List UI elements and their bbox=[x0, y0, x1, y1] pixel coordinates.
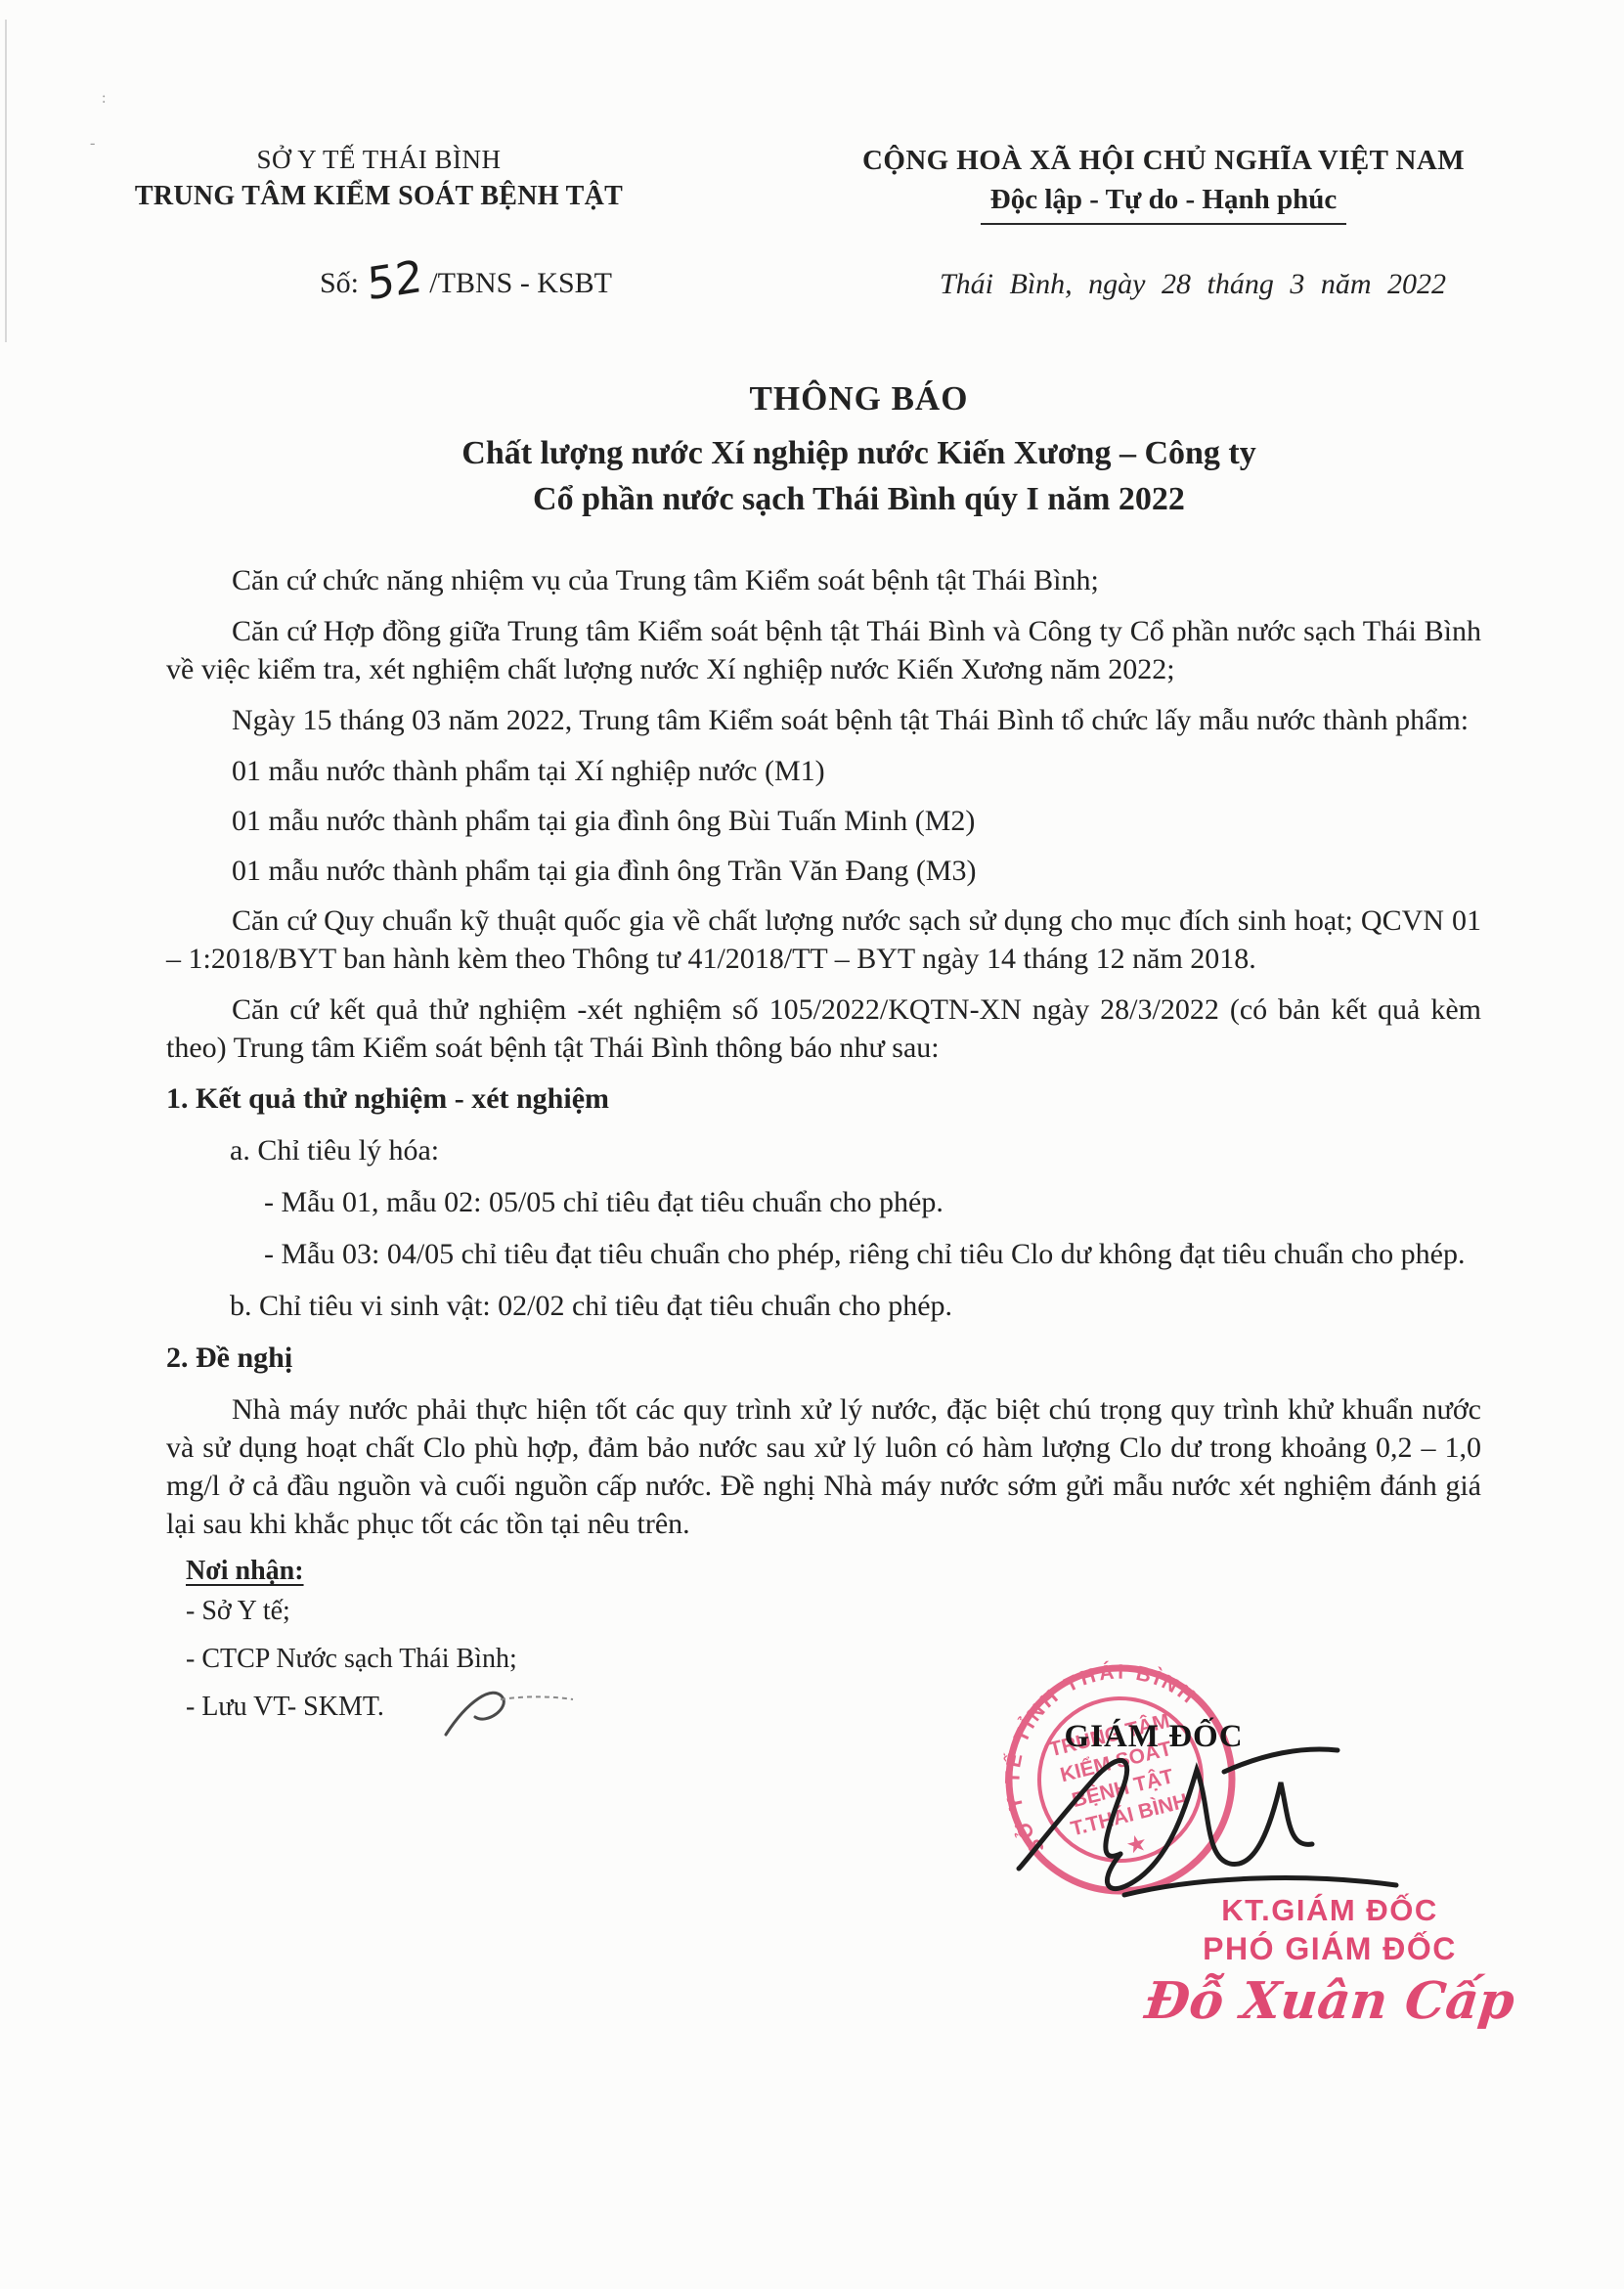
document-page: SỞ Y TẾ THÁI BÌNH TRUNG TÂM KIỂM SOÁT BỆ… bbox=[0, 0, 1624, 2289]
scan-speck: : bbox=[102, 90, 106, 108]
doc-number-label: Số: bbox=[320, 267, 359, 299]
national-motto: Độc lập - Tự do - Hạnh phúc bbox=[812, 184, 1515, 225]
scan-edge-artifact bbox=[5, 20, 7, 342]
header-left: SỞ Y TẾ THÁI BÌNH TRUNG TÂM KIỂM SOÁT BỆ… bbox=[112, 145, 645, 303]
document-header: SỞ Y TẾ THÁI BÌNH TRUNG TÂM KIỂM SOÁT BỆ… bbox=[0, 145, 1624, 303]
section1-heading: 1. Kết quả thử nghiệm - xét nghiệm bbox=[166, 1079, 1481, 1118]
sample-item-3: 01 mẫu nước thành phẩm tại gia đình ông … bbox=[166, 852, 1481, 890]
issuing-unit: TRUNG TÂM KIỂM SOÁT BỆNH TẬT bbox=[112, 181, 645, 212]
recipients-label: Nơi nhận: bbox=[186, 1556, 1624, 1587]
paragraph-results-ref: Căn cứ kết quả thử nghiệm -xét nghiệm số… bbox=[166, 990, 1481, 1067]
sample-item-1: 01 mẫu nước thành phẩm tại Xí nghiệp nướ… bbox=[166, 752, 1481, 790]
handwritten-check-mark bbox=[418, 1674, 585, 1752]
paragraph-standard: Căn cứ Quy chuẩn kỹ thuật quốc gia về ch… bbox=[166, 902, 1481, 978]
section1-item-b: b. Chỉ tiêu vi sinh vật: 02/02 chỉ tiêu … bbox=[166, 1287, 1481, 1325]
title-block: THÔNG BÁO Chất lượng nước Xí nghiệp nước… bbox=[0, 379, 1624, 522]
section2-heading: 2. Đề nghị bbox=[166, 1339, 1481, 1377]
document-body: Căn cứ chức năng nhiệm vụ của Trung tâm … bbox=[166, 561, 1481, 1543]
section1-item-a2: - Mẫu 03: 04/05 chỉ tiêu đạt tiêu chuẩn … bbox=[166, 1235, 1481, 1273]
document-subtitle: Chất lượng nước Xí nghiệp nước Kiến Xươn… bbox=[94, 430, 1624, 522]
header-right: CỘNG HOÀ XÃ HỘI CHỦ NGHĨA VIỆT NAM Độc l… bbox=[812, 145, 1515, 303]
paragraph-basis-2: Căn cứ Hợp đồng giữa Trung tâm Kiểm soát… bbox=[166, 612, 1481, 688]
subtitle-line-1: Chất lượng nước Xí nghiệp nước Kiến Xươn… bbox=[94, 430, 1624, 476]
scan-speck: - bbox=[90, 135, 95, 153]
recipient-1: - Sở Y tế; bbox=[186, 1587, 1624, 1635]
signer-name: Đỗ Xuân Cấp bbox=[1126, 1971, 1533, 2031]
date-line: Thái Bình, ngày 28 tháng 3 năm 2022 bbox=[812, 268, 1515, 301]
issuing-agency: SỞ Y TẾ THÁI BÌNH bbox=[112, 145, 645, 175]
section2-body: Nhà máy nước phải thực hiện tốt các quy … bbox=[166, 1390, 1481, 1543]
doc-number-handwritten: 52 bbox=[366, 249, 423, 310]
sample-item-2: 01 mẫu nước thành phẩm tại gia đình ông … bbox=[166, 802, 1481, 840]
section1-item-a: a. Chỉ tiêu lý hóa: bbox=[166, 1131, 1481, 1169]
section1-item-a1: - Mẫu 01, mẫu 02: 05/05 chỉ tiêu đạt tiê… bbox=[166, 1183, 1481, 1221]
paragraph-sampling: Ngày 15 tháng 03 năm 2022, Trung tâm Kiể… bbox=[166, 701, 1481, 739]
document-number: Số: 52 /TBNS - KSBT bbox=[112, 251, 645, 303]
signature-area: SỞ Y TẾ TỈNH THÁI BÌNH TRUNG TÂM KIỂM SO… bbox=[958, 1652, 1564, 2063]
subtitle-line-2: Cổ phần nước sạch Thái Bình qúy I năm 20… bbox=[94, 476, 1624, 522]
paragraph-basis-1: Căn cứ chức năng nhiệm vụ của Trung tâm … bbox=[166, 561, 1481, 599]
doc-number-suffix: /TBNS - KSBT bbox=[429, 267, 612, 299]
national-title: CỘNG HOÀ XÃ HỘI CHỦ NGHĨA VIỆT NAM bbox=[812, 145, 1515, 177]
handwritten-signature bbox=[978, 1729, 1447, 1954]
document-title: THÔNG BÁO bbox=[94, 379, 1624, 418]
